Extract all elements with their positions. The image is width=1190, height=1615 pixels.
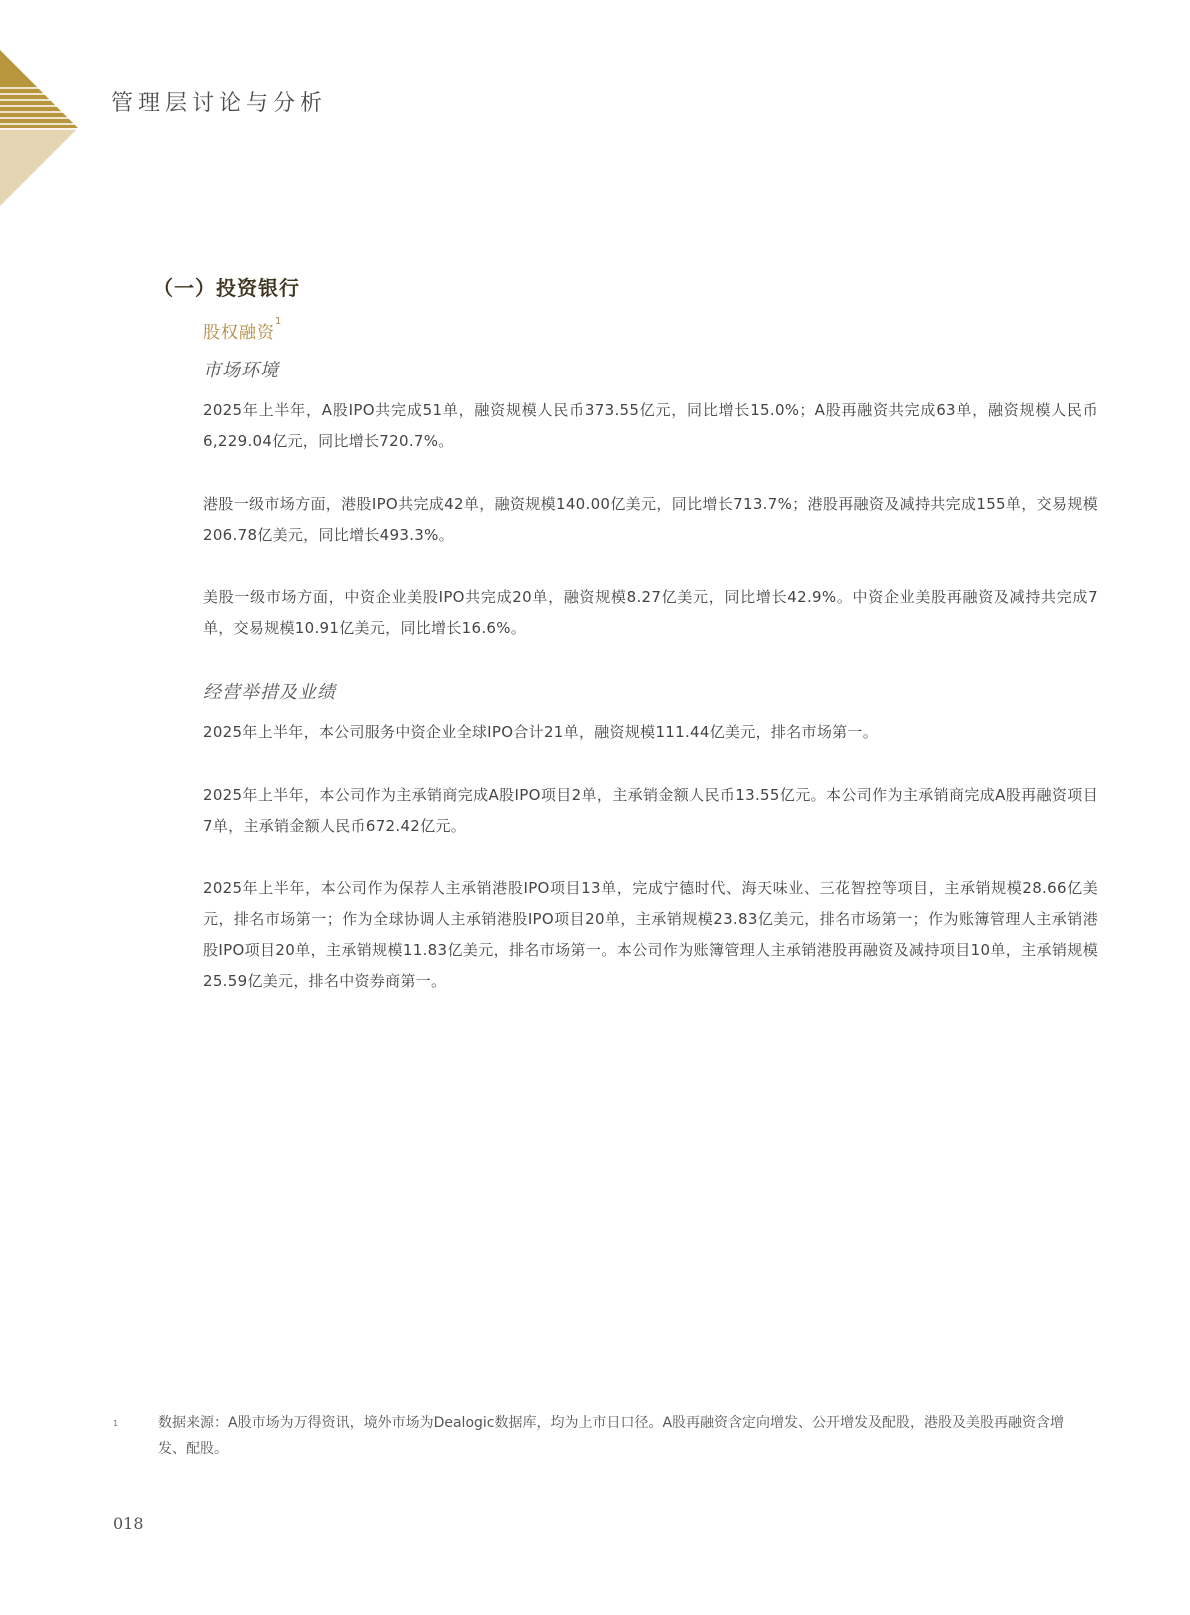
section-title: （一）投资银行 bbox=[153, 272, 300, 301]
operations-paragraph: 2025年上半年，本公司作为主承销商完成A股IPO项目2单，主承销金额人民币13… bbox=[203, 780, 1098, 842]
subsection-title: 股权融资1 bbox=[203, 318, 282, 343]
operations-paragraph: 2025年上半年，本公司服务中资企业全球IPO合计21单，融资规模111.44亿… bbox=[203, 717, 1098, 748]
operations-heading: 经营举措及业绩 bbox=[203, 678, 336, 704]
footnote-ref: 1 bbox=[275, 316, 282, 327]
corner-decoration-icon bbox=[0, 0, 80, 210]
market-paragraph: 美股一级市场方面，中资企业美股IPO共完成20单，融资规模8.27亿美元，同比增… bbox=[203, 582, 1098, 644]
market-paragraph: 2025年上半年，A股IPO共完成51单，融资规模人民币373.55亿元，同比增… bbox=[203, 395, 1098, 457]
running-title: 管理层讨论与分析 bbox=[111, 86, 327, 117]
page-number: 018 bbox=[113, 1514, 144, 1533]
subsection-title-text: 股权融资 bbox=[203, 323, 275, 343]
footnote-text: 数据来源：A股市场为万得资讯，境外市场为Dealogic数据库，均为上市日口径。… bbox=[158, 1410, 1088, 1462]
operations-paragraph: 2025年上半年，本公司作为保荐人主承销港股IPO项目13单，完成宁德时代、海天… bbox=[203, 873, 1098, 997]
market-paragraph: 港股一级市场方面，港股IPO共完成42单，融资规模140.00亿美元，同比增长7… bbox=[203, 489, 1098, 551]
footnote-mark: 1 bbox=[113, 1419, 118, 1428]
market-environment-heading: 市场环境 bbox=[203, 356, 279, 382]
